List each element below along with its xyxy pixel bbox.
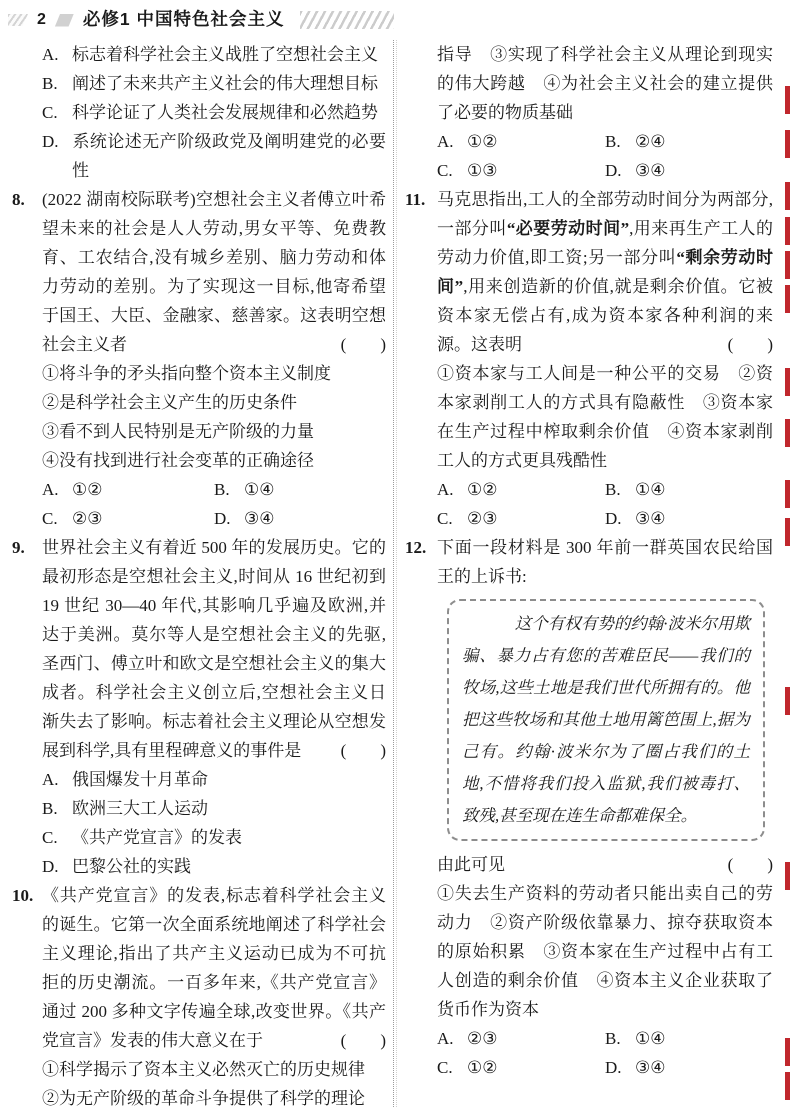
choice-row: A.①② B.①④ (42, 475, 386, 504)
option-text: 系统论述无产阶级政党及阐明建党的必要性 (72, 132, 386, 180)
red-margin-mark (785, 687, 790, 715)
red-margin-mark (785, 182, 790, 210)
subitem: ①将斗争的矛头指向整个资本主义制度 (42, 359, 386, 388)
red-margin-mark (785, 217, 790, 245)
question-10: 10. 《共产党宣言》的发表,标志着科学社会主义的诞生。它第一次全面系统地阐述了… (12, 881, 386, 1108)
option-row: B.阐述了未来共产主义社会的伟大理想目标 (42, 69, 386, 98)
red-margin-mark (785, 285, 790, 313)
choice-row: C.②③ D.③④ (42, 504, 386, 533)
carryover-options: A.标志着科学社会主义战胜了空想社会主义 B.阐述了未来共产主义社会的伟大理想目… (12, 40, 386, 185)
choice-b: B.①④ (214, 475, 386, 504)
red-margin-mark (785, 1072, 790, 1100)
question-number: 9. (12, 533, 25, 562)
option-text: 科学论证了人类社会发展规律和必然趋势 (72, 103, 378, 122)
subitems-inline: ①失去生产资料的劳动者只能出卖自己的劳动力 ②资产阶级依靠暴力、掠夺获取资本的原… (437, 879, 773, 1024)
choice-d: D.③④ (605, 1053, 773, 1082)
choice-a: A.①② (437, 475, 605, 504)
question-8: 8. (2022 湖南校际联考)空想社会主义者傅立叶希望未来的社会是人人劳动,男… (12, 185, 386, 533)
choice-a: A.①② (42, 475, 214, 504)
column-divider (393, 40, 397, 1108)
quote-text: 这个有权有势的约翰·波米尔用欺骗、暴力占有您的苦难臣民——我们的牧场,这些土地是… (462, 608, 750, 832)
option-text: 标志着科学社会主义战胜了空想社会主义 (72, 45, 378, 64)
option-label: C. (42, 98, 72, 127)
subitem: ②为无产阶级的革命斗争提供了科学的理论 (42, 1084, 386, 1108)
book-title: 必修1 中国特色社会主义 (83, 11, 285, 29)
red-margin-mark (785, 368, 790, 396)
choice-row: C.①③ D.③④ (437, 156, 773, 185)
option-row: D.系统论述无产阶级政党及阐明建党的必要性 (42, 127, 386, 185)
answer-blank: ( ) (341, 330, 386, 359)
subitem: ④没有找到进行社会变革的正确途径 (42, 446, 386, 475)
question-stem: (2022 湖南校际联考)空想社会主义者傅立叶希望未来的社会是人人劳动,男女平等… (42, 185, 386, 359)
question-9: 9. 世界社会主义有着近 500 年的发展历史。它的最初形态是空想社会主义,时间… (12, 533, 386, 881)
subitem: ②是科学社会主义产生的历史条件 (42, 388, 386, 417)
option-row: C.科学论证了人类社会发展规律和必然趋势 (42, 98, 386, 127)
page-header: 2 必修1 中国特色社会主义 (0, 0, 790, 35)
red-margin-mark (785, 251, 790, 279)
choice-b: B.①④ (605, 1024, 773, 1053)
header-stripes-deco (300, 11, 394, 29)
source-material-quote-box: 这个有权有势的约翰·波米尔用欺骗、暴力占有您的苦难臣民——我们的牧场,这些土地是… (447, 599, 765, 841)
choice-b: B.②④ (605, 127, 773, 156)
red-margin-mark (785, 480, 790, 508)
answer-blank: ( ) (728, 330, 773, 359)
red-margin-mark (785, 419, 790, 447)
page-number: 2 (37, 12, 46, 28)
subitems-inline: ①资本家与工人间是一种公平的交易 ②资本家剥削工人的方式具有隐蔽性 ③资本家在生… (437, 359, 773, 475)
choice-row: A.②③ B.①④ (437, 1024, 773, 1053)
choice-row: C.①② D.③④ (437, 1053, 773, 1082)
answer-blank: ( ) (341, 1026, 386, 1055)
continuation-text: 指导 ③实现了科学社会主义从理论到现实的伟大跨越 ④为社会主义社会的建立提供了必… (405, 40, 773, 127)
question-number: 10. (12, 881, 33, 910)
choice-d: D.③④ (605, 504, 773, 533)
choice-c: C.②③ (42, 504, 214, 533)
option-label: D. (42, 127, 72, 156)
option-label: B. (42, 69, 72, 98)
red-margin-mark (785, 518, 790, 546)
choice-a: A.②③ (437, 1024, 605, 1053)
choice-c: C.①③ (437, 156, 605, 185)
followup-line: 由此可见( ) (437, 850, 773, 879)
choice-c: C.①② (437, 1053, 605, 1082)
question-stem: 世界社会主义有着近 500 年的发展历史。它的最初形态是空想社会主义,时间从 1… (42, 533, 386, 765)
question-10-continuation: 指导 ③实现了科学社会主义从理论到现实的伟大跨越 ④为社会主义社会的建立提供了必… (405, 40, 773, 185)
header-corner-deco-icon (8, 14, 28, 26)
question-number: 12. (405, 533, 426, 562)
option-row: B.欧洲三大工人运动 (42, 794, 386, 823)
choice-row: A.①② B.①④ (437, 475, 773, 504)
option-label: A. (42, 40, 72, 69)
question-number: 8. (12, 185, 25, 214)
red-margin-mark (785, 862, 790, 890)
choice-row: A.①② B.②④ (437, 127, 773, 156)
answer-blank: ( ) (728, 850, 773, 879)
option-text: 阐述了未来共产主义社会的伟大理想目标 (72, 74, 378, 93)
subitem: ①科学揭示了资本主义必然灭亡的历史规律 (42, 1055, 386, 1084)
red-margin-mark (785, 86, 790, 114)
choice-d: D.③④ (605, 156, 773, 185)
choice-row: C.②③ D.③④ (437, 504, 773, 533)
choice-d: D.③④ (214, 504, 386, 533)
question-number: 11. (405, 185, 425, 214)
red-margin-mark (785, 1038, 790, 1066)
option-row: A.标志着科学社会主义战胜了空想社会主义 (42, 40, 386, 69)
choice-c: C.②③ (437, 504, 605, 533)
choice-a: A.①② (437, 127, 605, 156)
two-column-body: A.标志着科学社会主义战胜了空想社会主义 B.阐述了未来共产主义社会的伟大理想目… (0, 40, 790, 1108)
header-parallelogram-icon (55, 14, 74, 27)
answer-blank: ( ) (341, 736, 386, 765)
left-column: A.标志着科学社会主义战胜了空想社会主义 B.阐述了未来共产主义社会的伟大理想目… (12, 40, 386, 1108)
question-11: 11. 马克思指出,工人的全部劳动时间分为两部分,一部分叫“必要劳动时间”,用来… (405, 185, 773, 533)
subitem: ③看不到人民特别是无产阶级的力量 (42, 417, 386, 446)
question-stem: 《共产党宣言》的发表,标志着科学社会主义的诞生。它第一次全面系统地阐述了科学社会… (42, 881, 386, 1055)
question-stem: 马克思指出,工人的全部劳动时间分为两部分,一部分叫“必要劳动时间”,用来再生产工… (437, 185, 773, 359)
choice-b: B.①④ (605, 475, 773, 504)
question-12: 12. 下面一段材料是 300 年前一群英国农民给国王的上诉书: 这个有权有势的… (405, 533, 773, 1082)
option-row: A.俄国爆发十月革命 (42, 765, 386, 794)
textbook-page: 2 必修1 中国特色社会主义 A.标志着科学社会主义战胜了空想社会主义 B.阐述… (0, 0, 790, 1108)
red-margin-mark (785, 130, 790, 158)
right-column: 指导 ③实现了科学社会主义从理论到现实的伟大跨越 ④为社会主义社会的建立提供了必… (405, 40, 773, 1082)
option-row: C.《共产党宣言》的发表 (42, 823, 386, 852)
question-stem: 下面一段材料是 300 年前一群英国农民给国王的上诉书: (437, 533, 773, 591)
option-row: D.巴黎公社的实践 (42, 852, 386, 881)
emphasis-term: “必要劳动时间” (507, 219, 629, 238)
